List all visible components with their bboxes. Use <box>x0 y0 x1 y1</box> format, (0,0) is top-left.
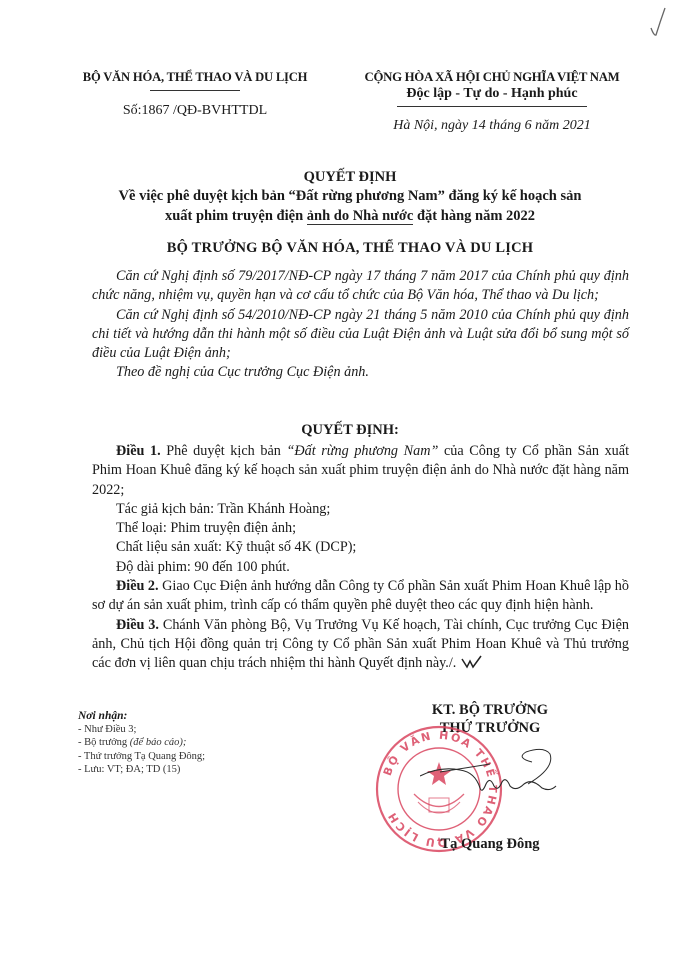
article-1-detail: Tác giả kịch bản: Trần Khánh Hoàng; <box>92 500 629 519</box>
recipients-title: Nơi nhận: <box>78 710 328 723</box>
recipient-item: - Như Điều 3; <box>78 723 328 736</box>
article-2-label: Điều 2. <box>116 578 159 594</box>
place-and-date: Hà Nội, ngày 14 tháng 6 năm 2021 <box>322 118 662 134</box>
recipient-note: (để báo cáo); <box>130 737 187 748</box>
article-1: Điều 1. Phê duyệt kịch bản “Đất rừng phư… <box>92 442 629 500</box>
article-2-text: Giao Cục Điện ảnh hướng dẫn Công ty Cổ p… <box>92 578 629 613</box>
signer-line-1: KT. BỘ TRƯỞNG <box>380 701 600 719</box>
subject-line-2-post: đặt hàng năm 2022 <box>413 208 535 224</box>
recipient-item: - Thứ trưởng Tạ Quang Đông; <box>78 750 328 763</box>
article-1-text-pre: Phê duyệt kịch bản <box>161 443 287 459</box>
handwritten-check-mark-icon <box>648 6 668 38</box>
articles: Điều 1. Phê duyệt kịch bản “Đất rừng phư… <box>92 442 629 674</box>
divider <box>150 90 240 91</box>
basis-item: Căn cứ Nghị định số 54/2010/NĐ-CP ngày 2… <box>92 306 629 364</box>
issuing-agency-block: BỘ VĂN HÓA, THỂ THAO VÀ DU LỊCH Số:1867 … <box>60 70 330 119</box>
recipient-item: - Lưu: VT; ĐA; TD (15) <box>78 763 328 776</box>
article-3: Điều 3. Chánh Văn phòng Bộ, Vụ Trưởng Vụ… <box>92 616 629 674</box>
handwritten-initial-icon <box>460 655 484 669</box>
nation-name: CỘNG HÒA XÃ HỘI CHỦ NGHĨA VIỆT NAM <box>322 70 662 85</box>
recipient-item: - Bộ trưởng (để báo cáo); <box>78 736 328 749</box>
issuing-authority: BỘ TRƯỞNG BỘ VĂN HÓA, THỂ THAO VÀ DU LỊC… <box>60 240 640 257</box>
article-1-detail: Độ dài phim: 90 đến 100 phút. <box>92 558 629 577</box>
signer-name: Tạ Quang Đông <box>380 836 600 853</box>
basis-item: Căn cứ Nghị định số 79/2017/NĐ-CP ngày 1… <box>92 267 629 306</box>
subject-line-2-pre: xuất phim truyện điện <box>165 208 307 224</box>
article-3-label: Điều 3. <box>116 617 159 633</box>
decide-heading: QUYẾT ĐỊNH: <box>60 422 640 439</box>
legal-basis: Căn cứ Nghị định số 79/2017/NĐ-CP ngày 1… <box>92 267 629 383</box>
article-3-text: Chánh Văn phòng Bộ, Vụ Trưởng Vụ Kế hoạc… <box>92 617 629 672</box>
article-1-detail: Chất liệu sản xuất: Kỹ thuật số 4K (DCP)… <box>92 538 629 557</box>
national-header-block: CỘNG HÒA XÃ HỘI CHỦ NGHĨA VIỆT NAM Độc l… <box>322 70 662 134</box>
article-2: Điều 2. Giao Cục Điện ảnh hướng dẫn Công… <box>92 577 629 616</box>
national-motto: Độc lập - Tự do - Hạnh phúc <box>322 86 662 102</box>
film-title: “Đất rừng phương Nam” <box>286 443 438 459</box>
article-1-label: Điều 1. <box>116 443 161 459</box>
issuing-agency: BỘ VĂN HÓA, THỂ THAO VÀ DU LỊCH <box>60 70 330 85</box>
document-number: Số:1867 /QĐ-BVHTTDL <box>60 103 330 119</box>
document-type: QUYẾT ĐỊNH <box>60 169 640 186</box>
decision-subject: Về việc phê duyệt kịch bản “Đất rừng phư… <box>60 186 640 226</box>
handwritten-signature-icon <box>420 748 560 808</box>
divider <box>397 106 587 107</box>
subject-line-1: Về việc phê duyệt kịch bản “Đất rừng phư… <box>119 188 582 204</box>
decision-title-block: QUYẾT ĐỊNH Về việc phê duyệt kịch bản “Đ… <box>60 169 640 257</box>
subject-line-2-underlined: ảnh do Nhà nước <box>307 208 414 225</box>
basis-item: Theo đề nghị của Cục trưởng Cục Điện ảnh… <box>92 363 629 382</box>
recipients-list: Nơi nhận: - Như Điều 3; - Bộ trưởng (để … <box>78 710 328 776</box>
article-1-detail: Thể loại: Phim truyện điện ảnh; <box>92 519 629 538</box>
recipient-text: - Bộ trưởng <box>78 737 130 748</box>
